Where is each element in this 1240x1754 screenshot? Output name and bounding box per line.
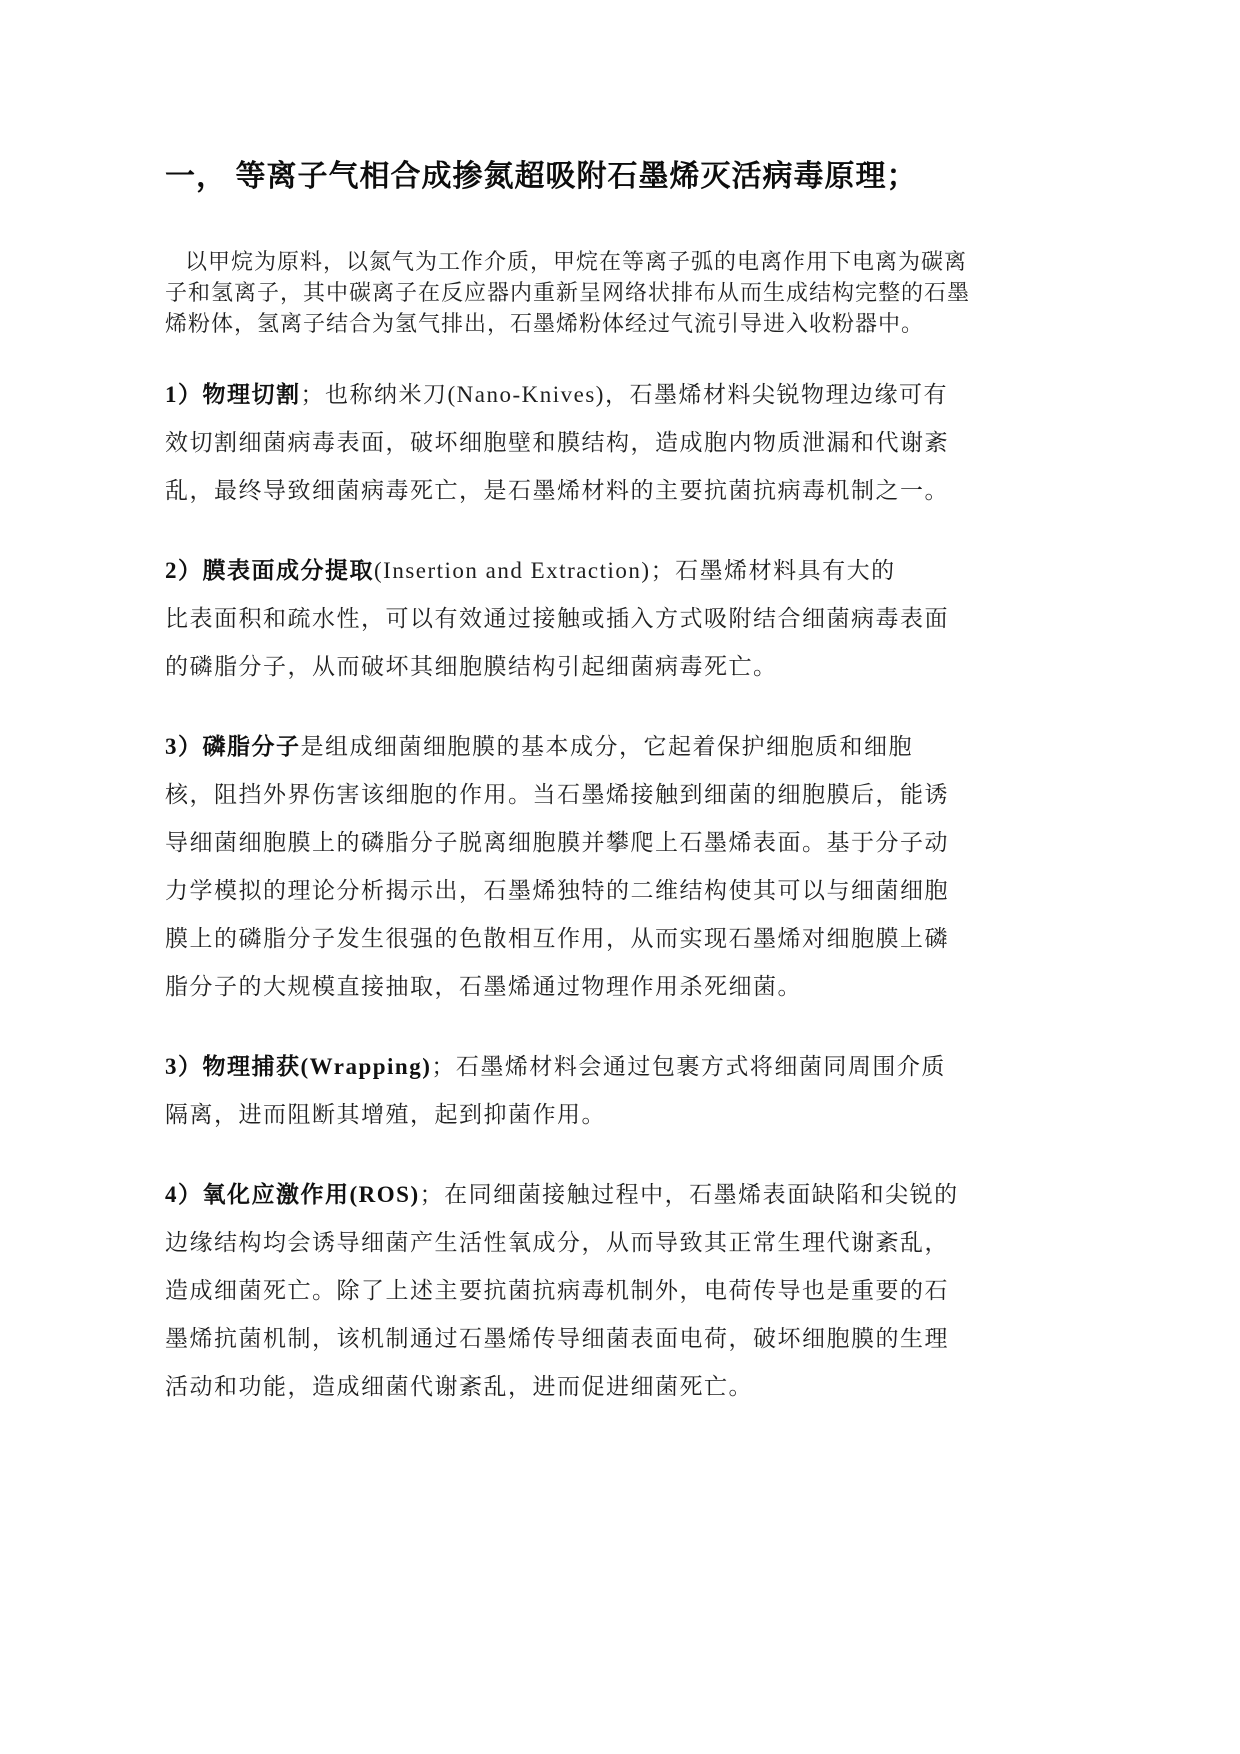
point-number: 2）: [165, 558, 203, 583]
point-body: 是组成细菌细胞膜的基本成分，它起着保护细胞质和细胞 核，阻挡外界伤害该细胞的作用…: [165, 734, 949, 999]
point-lead: 磷脂分子: [203, 734, 301, 759]
point-number: 1）: [165, 382, 203, 407]
point-lead: 物理切割: [203, 382, 301, 407]
point-number: 4）: [165, 1182, 203, 1207]
point-number: 3）: [165, 734, 203, 759]
point-body: ；在同细菌接触过程中，石墨烯表面缺陷和尖锐的 边缘结构均会诱导细菌产生活性氧成分…: [165, 1182, 959, 1399]
point-number: 3）: [165, 1054, 203, 1079]
point-paragraph-ros: 4）氧化应激作用(ROS)；在同细菌接触过程中，石墨烯表面缺陷和尖锐的 边缘结构…: [165, 1171, 1090, 1411]
point-lead: 氧化应激作用(ROS): [203, 1182, 420, 1207]
point-lead: 物理捕获(Wrapping): [203, 1054, 432, 1079]
point-paragraph-wrapping: 3）物理捕获(Wrapping)；石墨烯材料会通过包裹方式将细菌同周围介质 隔离…: [165, 1043, 1090, 1139]
intro-paragraph: 以甲烷为原料，以氮气为工作介质，甲烷在等离子弧的电离作用下电离为碳离 子和氢离子…: [165, 246, 1090, 339]
point-paragraph-3: 3）磷脂分子是组成细菌细胞膜的基本成分，它起着保护细胞质和细胞 核，阻挡外界伤害…: [165, 723, 1090, 1011]
point-paragraph-1: 1）物理切割；也称纳米刀(Nano-Knives)，石墨烯材料尖锐物理边缘可有 …: [165, 371, 1090, 515]
point-lead: 膜表面成分提取: [203, 558, 375, 583]
document-page: 一， 等离子气相合成掺氮超吸附石墨烯灭活病毒原理； 以甲烷为原料，以氮气为工作介…: [0, 0, 1240, 1754]
point-paragraph-2: 2）膜表面成分提取(Insertion and Extraction)；石墨烯材…: [165, 547, 1090, 691]
document-title: 一， 等离子气相合成掺氮超吸附石墨烯灭活病毒原理；: [165, 158, 1090, 196]
